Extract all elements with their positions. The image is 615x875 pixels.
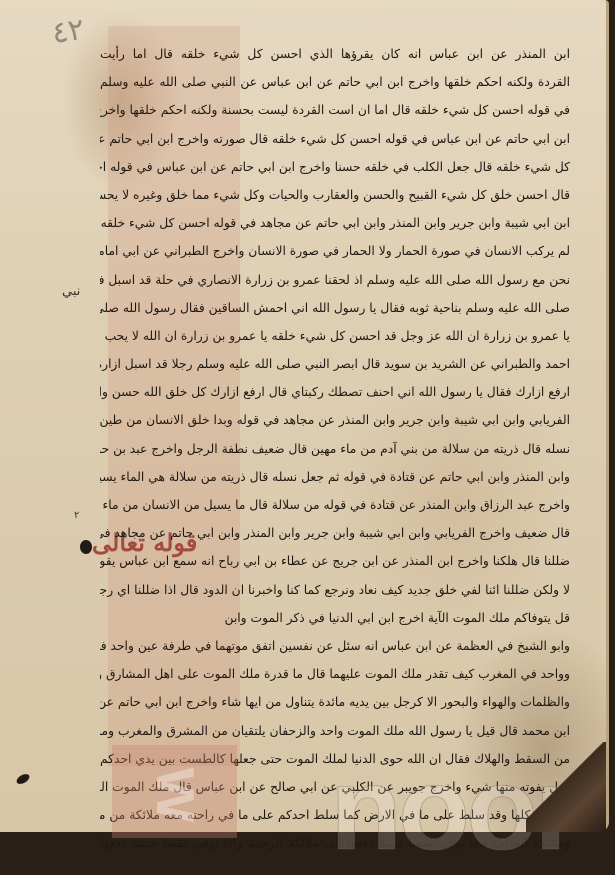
- text-line: ابن ابي شيبة وابن جرير وابن المنذر وابن …: [100, 209, 570, 237]
- text-line: القردة ولكنه احكم خلقها واخرج ابن ابي حا…: [100, 68, 570, 96]
- text-line: الفريابي وابن ابي شيبة وابن جرير وابن ال…: [100, 406, 570, 434]
- text-line: ارفع ازارك فقال يا رسول الله اني احنف تص…: [100, 378, 570, 406]
- text-line: واخرج عبد الرزاق وابن المنذر عن قتادة في…: [100, 491, 570, 519]
- text-line: ابن المنذر عن ابن عباس انه كان يقرؤها ال…: [100, 40, 570, 68]
- text-line: قال ضعيف واخرج الفريابي وابن ابي شيبة وا…: [100, 519, 570, 547]
- text-line: في قوله احسن كل شيء خلقه قال اما ان است …: [100, 96, 570, 124]
- text-line: ضللنا قال هلكنا واخرج ابن المنذر عن ابن …: [100, 547, 570, 575]
- text-line: نسله قال ذريته من سلالة من بني آدم من ما…: [100, 435, 570, 463]
- ink-smudge: [15, 772, 31, 786]
- text-line: يا عمرو بن زرارة ان الله عز وجل قد احسن …: [100, 322, 570, 350]
- manuscript-text-block: ابن المنذر عن ابن عباس انه كان يقرؤها ال…: [100, 40, 570, 838]
- manuscript-page: ٤٢ نبي ٢ قوله تعالى ابن المنذر عن ابن عب…: [0, 0, 609, 832]
- margin-note-nabi: نبي: [62, 284, 80, 299]
- text-line: كل شيء خلقه قال جعل الكلب في خلقه حسنا و…: [100, 153, 570, 181]
- text-line: لا ولكن ضللنا ائنا لفي خلق جديد كيف نعاد…: [100, 576, 570, 604]
- text-line: ابن ابي حاتم عن ابن عباس في قوله احسن كل…: [100, 125, 570, 153]
- margin-note-marker: ٢: [74, 510, 79, 521]
- ink-blot: [80, 540, 92, 554]
- text-line: احمد والطبراني عن الشريد بن سويد قال ابص…: [100, 350, 570, 378]
- text-line: صلى الله عليه وسلم بناحية ثوبه فقال يا ر…: [100, 294, 570, 322]
- text-line: وواحد في المغرب كيف تقدر ملك الموت عليهم…: [100, 660, 570, 688]
- text-line: وابو الشيخ في العظمة عن ابن عباس انه سئل…: [100, 632, 570, 660]
- text-line: وابن المنذر وابن ابي حاتم عن قتادة في قو…: [100, 463, 570, 491]
- text-line: ابن محمد قال قيل يا رسول الله ملك الموت …: [100, 717, 570, 745]
- text-line: قال احسن خلق كل شيء القبيح والحسن والعقا…: [100, 181, 570, 209]
- text-line: لم يركب الانسان في صورة الحمار ولا الحما…: [100, 237, 570, 265]
- text-line: نحن مع رسول الله صلى الله عليه وسلم اذ ل…: [100, 266, 570, 294]
- text-line-after-rubric: قل يتوفاكم ملك الموت الآية اخرج ابن ابي …: [225, 604, 570, 632]
- folio-number: ٤٢: [50, 12, 87, 51]
- torn-page-corner: [526, 742, 606, 832]
- text-line: والظلمات والهواء والبحور الا كرجل بين يد…: [100, 688, 570, 716]
- watermark-logo-mark: w: [112, 745, 237, 838]
- watermark-logo-glyph: w: [141, 768, 221, 822]
